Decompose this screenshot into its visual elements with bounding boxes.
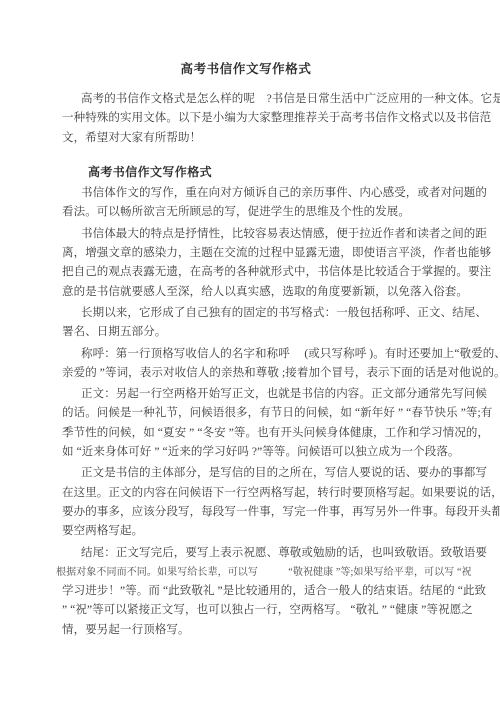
text-line: 亲爱的 ”等词，表示对收信人的亲热和尊敬 ;接着加个冒号，表示下面的话是对他说的…: [62, 364, 443, 383]
paragraph: 结尾：正文写完后，要写上表示祝愿、尊敬或勉励的话，也叫致敬语。致敬语要根据对象不…: [62, 544, 443, 640]
text-line: 称呼：第一行顶格写收信人的名字和称呼 (或只写称呼 )。有时还要加上“敬爱的、: [62, 345, 443, 364]
text-line: 长期以来，它形成了自己独有的固定的书写格式：一般包括称呼、正文、结尾、: [62, 304, 443, 323]
text-line: 把自己的观点表露无遗，在高考的各种就形式中，书信体是比较适合于掌握的。要注: [62, 263, 443, 282]
paragraph: 正文：另起一行空两格开始写正文，也就是书信的内容。正文部分通常先写问候的话。问候…: [62, 385, 443, 462]
document-title: 高考书信作文写作格式: [62, 59, 430, 79]
text-line: 署名、日期五部分。: [62, 323, 443, 342]
text-line: 的话。问候是一种礼节，问候语很多，有节日的问候，如 “新年好 ” “春节快乐 ”…: [62, 404, 443, 423]
text-line: 结尾：正文写完后，要写上表示祝愿、尊敬或勉励的话，也叫致敬语。致敬语要: [62, 544, 443, 563]
text-line: 正文：另起一行空两格开始写正文，也就是书信的内容。正文部分通常先写问候: [62, 385, 443, 404]
text-line: 一种特殊的实用文体。以下是小编为大家整理推荐关于高考书信作文格式以及书信范: [62, 109, 443, 128]
text-line: 要办的事多，应该分段写，每段写一件事，写完一件事，再写另外一件事。每段开头都: [62, 503, 443, 522]
document-page: 高考书信作文写作格式 高考的书信作文格式是怎么样的呢 ?书信是日常生活中广泛应用…: [0, 0, 443, 640]
paragraph: 正文是书信的主体部分，是写信的目的之所在，写信人要说的话、要办的事都写在这里。正…: [62, 464, 443, 541]
text-line: 在这里。正文的内容在问候语下一行空两格写起，转行时要顶格写起。如果要说的话，: [62, 484, 443, 503]
text-line: 季节性的问候，如 “夏安 ” “冬安 ”等。也有开头问候身体健康，工作和学习情况…: [62, 424, 443, 443]
text-line: 高考的书信作文格式是怎么样的呢 ?书信是日常生活中广泛应用的一种文体。它是: [62, 90, 443, 109]
text-line: 正文是书信的主体部分，是写信的目的之所在，写信人要说的话、要办的事都写: [62, 464, 443, 483]
paragraph: 称呼：第一行顶格写收信人的名字和称呼 (或只写称呼 )。有时还要加上“敬爱的、亲…: [62, 345, 443, 384]
text-line: 书信体作文的写作，重在向对方倾诉自己的亲历事件、内心感受，或者对问题的: [62, 184, 443, 203]
text-line: 文，希望对大家有所帮助！: [62, 129, 443, 148]
text-line: 情，要另起一行顶格写。: [62, 621, 443, 640]
paragraph: 长期以来，它形成了自己独有的固定的书写格式：一般包括称呼、正文、结尾、署名、日期…: [62, 304, 443, 343]
text-line: 书信体最大的特点是抒情性，比较容易表达情感，便于拉近作者和读者之间的距: [62, 225, 443, 244]
text-line: 离，增强文章的感染力，主题在交流的过程中显露无遗，即使语言平淡，作者也能够: [62, 244, 443, 263]
text-line: 看法。可以畅所欲言无所顾忌的写，促进学生的思维及个性的发展。: [62, 203, 443, 222]
text-line: 要空两格写起。: [62, 522, 443, 541]
text-line: 意的是书信就要感人至深，给人以真实感，选取的角度要新颖，以免落入俗套。: [62, 283, 443, 302]
paragraph: 高考的书信作文格式是怎么样的呢 ?书信是日常生活中广泛应用的一种文体。它是一种特…: [62, 90, 443, 148]
subheading: 高考书信作文写作格式: [88, 163, 443, 182]
text-line: 如 “近来身体可好 ” “近来的学习好吗 ?”等等。问候语可以独立成为一个段落。: [62, 443, 443, 462]
paragraph: 书信体最大的特点是抒情性，比较容易表达情感，便于拉近作者和读者之间的距离，增强文…: [62, 225, 443, 302]
text-line: 学习进步！”等。而 “此致敬礼 ”是比较通用的，适合一般人的结束语。结尾的 “此…: [62, 582, 443, 601]
text-line: ” “祝”等可以紧接正文写，也可以独占一行，空两格写。 “敬礼 ” “健康 ”等…: [62, 601, 443, 620]
document-body: 高考的书信作文格式是怎么样的呢 ?书信是日常生活中广泛应用的一种文体。它是一种特…: [62, 90, 443, 640]
paragraph: 书信体作文的写作，重在向对方倾诉自己的亲历事件、内心感受，或者对问题的看法。可以…: [62, 184, 443, 223]
text-line: 高考书信作文写作格式: [88, 163, 443, 182]
text-line: 根据对象不同而不同。如果写给长辈，可以写 “敬祝健康 ”等;如果写给平辈，可以写…: [56, 563, 443, 582]
